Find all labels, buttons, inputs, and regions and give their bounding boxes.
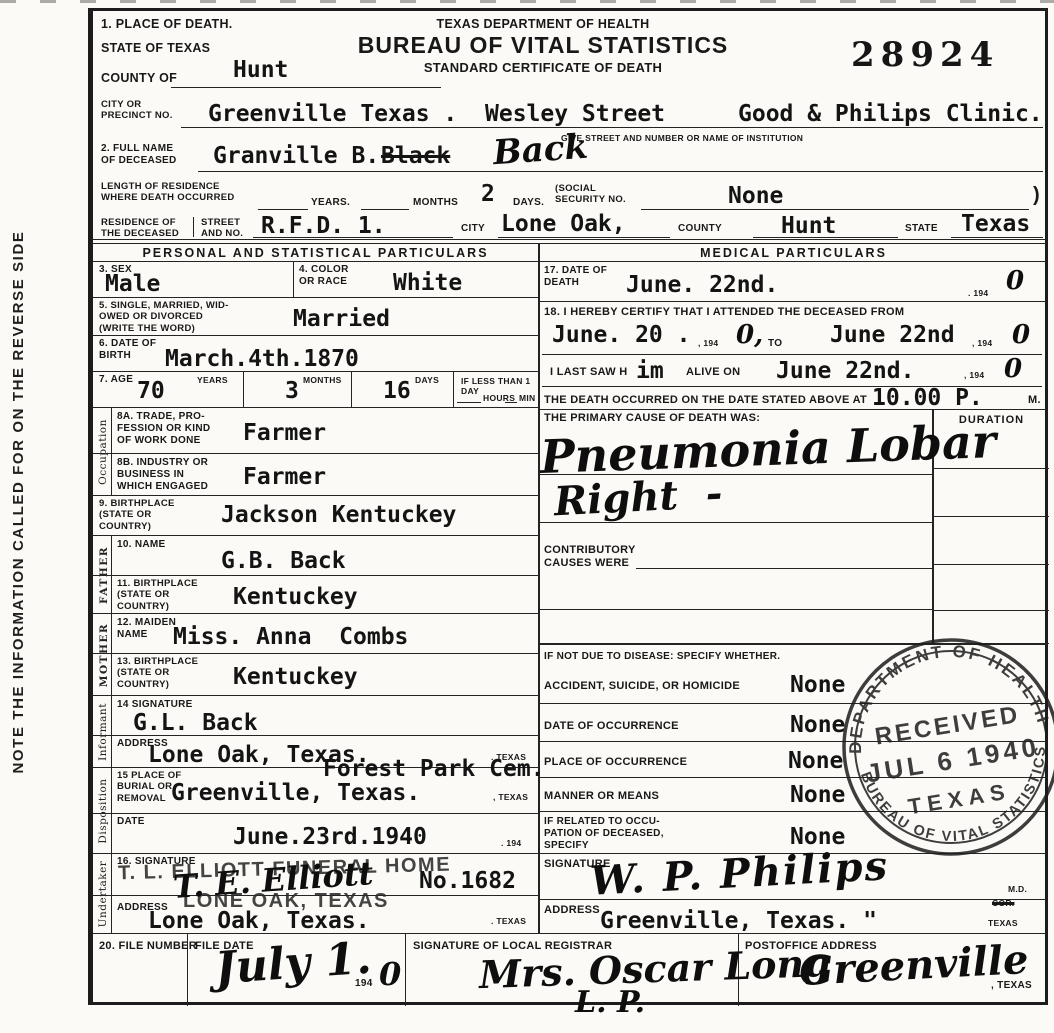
undertaker-texas-label: . TEXAS: [491, 916, 526, 926]
time-of-death-value: 10.00 P.: [872, 387, 983, 410]
undertaker-address-value: Lone Oak, Texas.: [148, 910, 370, 933]
medical-title-row: MEDICAL PARTICULARS: [540, 244, 1047, 262]
date-occurrence-label: DATE OF OCCURRENCE: [544, 720, 679, 733]
last-saw-year-hand: 0: [1004, 356, 1022, 382]
row-mother-birthplace: 13. BIRTHPLACE (STATE OR COUNTRY) Kentuc…: [93, 654, 538, 696]
burial-value: Greenville, Texas.: [171, 782, 420, 805]
attended-from-year: , 194: [698, 338, 718, 348]
months-label: MONTHS: [413, 197, 458, 209]
registrar-signature-hand: Mrs. Oscar Long: [478, 944, 831, 994]
street-no-label: STREET AND NO.: [201, 217, 243, 240]
personal-column: PERSONAL AND STATISTICAL PARTICULARS 3. …: [93, 244, 540, 934]
scan-artifact: [0, 0, 1054, 3]
sex-value: Male: [105, 273, 160, 296]
to-label: TO: [768, 338, 782, 350]
maiden-name-value: Miss. Anna Combs: [173, 626, 408, 649]
burial-date-value: June.23rd.1940: [233, 826, 427, 849]
residence-of-label: RESIDENCE OF THE DECEASED: [101, 217, 179, 240]
rule: [641, 209, 1029, 210]
personal-title: PERSONAL AND STATISTICAL PARTICULARS: [142, 246, 488, 260]
min-label: MIN: [519, 393, 535, 403]
m-label: M.: [1028, 394, 1041, 407]
divider: [453, 372, 454, 408]
last-saw-typed: im: [636, 360, 664, 383]
accident-label: ACCIDENT, SUICIDE, OR HOMICIDE: [544, 680, 740, 693]
rule: [540, 609, 932, 610]
attended-from-year-hand: 0,: [736, 322, 763, 348]
attended-from-value: June. 20 .: [552, 324, 690, 347]
certificate-number: 28924: [851, 35, 999, 75]
row-industry: 8B. INDUSTRY OR BUSINESS IN WHICH ENGAGE…: [93, 454, 538, 496]
undertaker-number: No.1682: [419, 870, 516, 893]
age-months-label: MONTHS: [303, 375, 342, 385]
row-burial: 15 PLACE OF BURIAL OR REMOVAL Forest Par…: [93, 768, 538, 814]
attended-to-value: June 22nd: [830, 324, 955, 347]
cause-handwritten-2: Right -: [553, 474, 723, 523]
rule: [636, 568, 932, 569]
row-sex-color: 3. SEX Male 4. COLOR OR RACE White: [93, 262, 538, 298]
ssn-label: (SOCIAL SECURITY NO.: [555, 183, 626, 206]
rule: [934, 564, 1049, 565]
related-occupation-label: IF RELATED TO OCCU- PATION OF DECEASED, …: [544, 816, 664, 852]
row-date-of-death: 17. DATE OF DEATH June. 22nd. . 194 0: [540, 262, 1047, 302]
physician-signature-hand: W. P. Philips: [589, 846, 890, 902]
manner-means-value: None: [790, 784, 845, 807]
date-of-death-year-hand: 0: [1006, 268, 1024, 294]
age-label: 7. AGE: [99, 374, 133, 386]
row-burial-date: DATE June.23rd.1940 . 194: [93, 814, 538, 854]
state-of-texas-label: STATE OF TEXAS: [101, 41, 210, 56]
divider: [351, 372, 352, 408]
street-value: Wesley Street: [485, 103, 665, 126]
city-value: Greenville Texas .: [208, 103, 457, 126]
city-label2: CITY: [461, 223, 485, 235]
row-father-birthplace: 11. BIRTHPLACE (STATE OR COUNTRY) Kentuc…: [93, 576, 538, 614]
received-stamp: DEPARTMENT OF HEALTH BUREAU OF VITAL STA…: [818, 614, 1054, 879]
days-value: 2: [481, 183, 495, 206]
place-of-death-label: 1. PLACE OF DEATH.: [101, 17, 233, 32]
divider: [293, 262, 294, 298]
burial-date-label: DATE: [117, 816, 145, 828]
birthplace-value: Jackson Kentuckey: [221, 504, 456, 527]
row-certify: 18. I HEREBY CERTIFY THAT I ATTENDED THE…: [540, 302, 1047, 410]
county-label2: COUNTY: [678, 223, 722, 235]
birthdate-label: 6. DATE OF BIRTH: [99, 338, 156, 362]
dept-title: TEXAS DEPARTMENT OF HEALTH: [333, 17, 753, 32]
cause-handwritten-1: Pneumonia Lobar: [539, 418, 996, 480]
rule: [258, 209, 308, 210]
rule: [361, 209, 409, 210]
physician-texas-label: TEXAS: [988, 918, 1018, 928]
age-years-value: 70: [137, 380, 165, 403]
margin-note: NOTE THE INFORMATION CALLED FOR ON THE R…: [10, 182, 27, 822]
row-birthdate: 6. DATE OF BIRTH March.4th.1870: [93, 336, 538, 372]
birthplace-label: 9. BIRTHPLACE (STATE OR COUNTRY): [99, 498, 175, 532]
informant-signature-value: G.L. Back: [133, 712, 258, 735]
date-of-death-year: . 194: [968, 288, 988, 298]
days-label: DAYS.: [513, 197, 544, 209]
row-trade: 8A. TRADE, PRO- FESSION OR KIND OF WORK …: [93, 408, 538, 454]
alive-on-label: ALIVE ON: [686, 366, 740, 379]
row-informant-signature: 14 SIGNATURE G.L. Back: [93, 696, 538, 736]
full-name-struck: Black: [381, 145, 450, 168]
full-name-value: Granville B.: [213, 145, 379, 168]
ssn-value: None: [728, 185, 783, 208]
rule: [505, 402, 517, 403]
rule: [171, 87, 441, 88]
marital-value: Married: [293, 308, 390, 331]
cor-struck-label: COR.: [992, 898, 1014, 908]
full-name-handwritten: Back: [492, 130, 589, 171]
not-due-label: IF NOT DUE TO DISEASE: SPECIFY WHETHER.: [544, 651, 780, 663]
title-block: TEXAS DEPARTMENT OF HEALTH BUREAU OF VIT…: [333, 17, 753, 75]
date-of-death-label: 17. DATE OF DEATH: [544, 265, 607, 289]
rule: [951, 237, 1043, 238]
color-label: 4. COLOR OR RACE: [299, 264, 349, 288]
county-value2: Hunt: [781, 215, 836, 238]
state-label2: STATE: [905, 223, 938, 235]
file-number-label: 20. FILE NUMBER: [99, 940, 197, 953]
rule: [934, 610, 1049, 611]
row-age: 7. AGE 70 YEARS 3 MONTHS 16 DAYS IF LESS…: [93, 372, 538, 408]
row-undertaker-signature: 16. SIGNATURE T. L. ELLIOTT FUNERAL HOME…: [93, 854, 538, 896]
file-date-year-hand: 0: [379, 958, 401, 990]
personal-title-row: PERSONAL AND STATISTICAL PARTICULARS: [93, 244, 538, 262]
manner-means-label: MANNER OR MEANS: [544, 790, 659, 803]
stamp-state-text: TEXAS: [906, 778, 1012, 819]
brace: [193, 217, 194, 237]
birthdate-value: March.4th.1870: [165, 348, 359, 371]
footer-row: 20. FILE NUMBER FILE DATE July 1. 194 0 …: [93, 933, 1047, 1005]
physician-address-label: ADDRESS: [544, 904, 600, 917]
attended-to-year: , 194: [972, 338, 992, 348]
md-label: M.D.: [1008, 884, 1027, 894]
father-name-value: G.B. Back: [221, 550, 346, 573]
certify-label: 18. I HEREBY CERTIFY THAT I ATTENDED THE…: [544, 306, 904, 319]
county-of-label: COUNTY OF: [101, 71, 177, 86]
age-years-label: YEARS: [197, 375, 228, 385]
row-maiden-name: 12. MAIDEN NAME Miss. Anna Combs: [93, 614, 538, 654]
age-days-value: 16: [383, 380, 411, 403]
years-label: YEARS.: [311, 197, 350, 209]
trade-value: Farmer: [243, 422, 326, 445]
father-birthplace-label: 11. BIRTHPLACE (STATE OR COUNTRY): [117, 578, 198, 612]
age-days-label: DAYS: [415, 375, 439, 385]
father-birthplace-value: Kentuckey: [233, 586, 358, 609]
date-of-death-value: June. 22nd.: [626, 274, 778, 297]
rule: [181, 127, 1043, 128]
color-value: White: [393, 272, 462, 295]
county-value: Hunt: [233, 59, 288, 82]
burial-date-year: . 194: [501, 838, 521, 848]
attended-to-year-hand: 0: [1012, 322, 1030, 348]
divider: [243, 372, 244, 408]
row-birthplace: 9. BIRTHPLACE (STATE OR COUNTRY) Jackson…: [93, 496, 538, 536]
bureau-title: BUREAU OF VITAL STATISTICS: [333, 32, 753, 60]
contributory-label: CONTRIBUTORY CAUSES WERE: [544, 544, 636, 570]
physician-address-value: Greenville, Texas. ": [600, 910, 877, 933]
rule: [457, 402, 481, 403]
postoffice-hand: Greenville: [798, 940, 1029, 992]
mother-birthplace-label: 13. BIRTHPLACE (STATE OR COUNTRY): [117, 656, 198, 690]
rule: [934, 516, 1049, 517]
place-occurrence-label: PLACE OF OCCURRENCE: [544, 756, 687, 769]
rule: [753, 237, 898, 238]
clinic-value: Good & Philips Clinic.: [738, 103, 1043, 126]
divider: [405, 934, 406, 1006]
file-date-hand: July 1.: [214, 937, 373, 992]
marital-label: 5. SINGLE, MARRIED, WID- OWED OR DIVORCE…: [99, 300, 229, 334]
last-saw-label: I LAST SAW H: [550, 366, 628, 379]
rule: [542, 354, 1042, 355]
industry-label: 8B. INDUSTRY OR BUSINESS IN WHICH ENGAGE…: [117, 457, 208, 493]
ssn-paren: ): [1033, 183, 1040, 207]
scanned-death-certificate: NOTE THE INFORMATION CALLED FOR ON THE R…: [0, 0, 1054, 1033]
state-value2: Texas: [961, 213, 1030, 236]
registrar-initials-hand: L. P.: [575, 988, 645, 1018]
city-precinct-label: CITY OR PRECINCT NO.: [101, 99, 173, 122]
city-value2: Lone Oak,: [501, 213, 626, 236]
mother-birthplace-value: Kentuckey: [233, 666, 358, 689]
age-months-value: 3: [285, 380, 299, 403]
rule: [253, 237, 453, 238]
row-undertaker-address: ADDRESS LONE OAK, TEXAS Lone Oak, Texas.…: [93, 896, 538, 934]
row-marital: 5. SINGLE, MARRIED, WID- OWED OR DIVORCE…: [93, 298, 538, 336]
industry-value: Farmer: [243, 466, 326, 489]
burial-cemetery-value: Forest Park Cem.: [323, 758, 545, 781]
certificate-frame: 1. PLACE OF DEATH. STATE OF TEXAS COUNTY…: [88, 8, 1048, 1005]
length-residence-label: LENGTH OF RESIDENCE WHERE DEATH OCCURRED: [101, 181, 235, 204]
contributory-row: CONTRIBUTORY CAUSES WERE: [540, 536, 932, 576]
last-saw-value: June 22nd.: [776, 360, 914, 383]
trade-label: 8A. TRADE, PRO- FESSION OR KIND OF WORK …: [117, 411, 210, 447]
rule: [198, 171, 1043, 172]
standard-title: STANDARD CERTIFICATE OF DEATH: [333, 60, 753, 76]
occurred-label: THE DEATH OCCURRED ON THE DATE STATED AB…: [544, 394, 867, 407]
last-saw-year: , 194: [964, 370, 984, 380]
medical-title: MEDICAL PARTICULARS: [700, 246, 887, 260]
burial-texas-label: , TEXAS: [493, 792, 528, 802]
rule: [498, 237, 670, 238]
street-hint-label: GIVE STREET AND NUMBER OR NAME OF INSTIT…: [561, 133, 803, 143]
maiden-name-label: 12. MAIDEN NAME: [117, 617, 176, 641]
row-father-name: 10. NAME G.B. Back: [93, 536, 538, 576]
father-name-label: 10. NAME: [117, 539, 166, 551]
street-no-value: R.F.D. 1.: [261, 215, 386, 238]
full-name-label: 2. FULL NAME OF DECEASED: [101, 143, 177, 167]
row-physician-address: ADDRESS Greenville, Texas. " COR. TEXAS: [540, 900, 1047, 934]
